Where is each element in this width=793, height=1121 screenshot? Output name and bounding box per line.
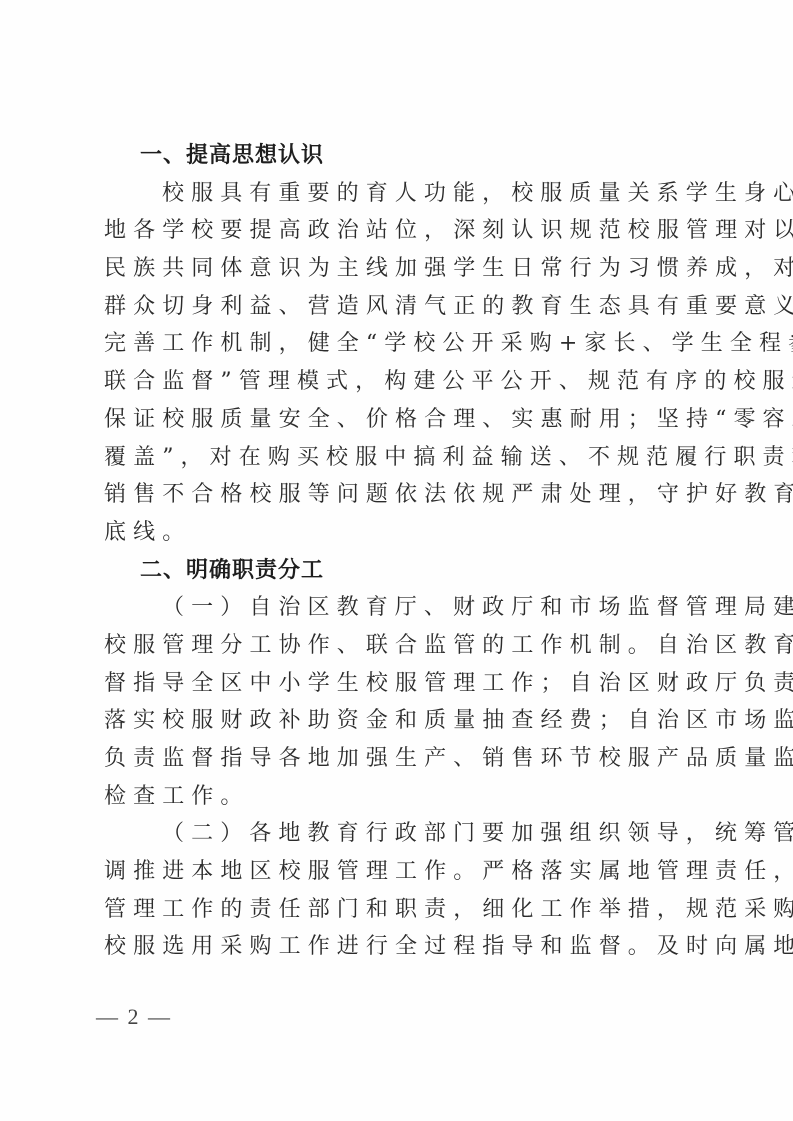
page-number: — 2 — — [96, 1004, 172, 1030]
paragraph-line: 销售不合格校服等问题依法依规严肃处理，守护好教育公平的 — [104, 476, 688, 514]
paragraph-line: 底线。 — [104, 514, 688, 552]
paragraph-line: 完善工作机制，健全“学校公开采购+家长、学生全程参与+部门 — [104, 325, 688, 363]
paragraph-line: 校服管理分工协作、联合监管的工作机制。自治区教育厅负责监 — [104, 627, 688, 665]
paragraph-line: 保证校服质量安全、价格合理、实惠耐用；坚持“零容忍”“全 — [104, 401, 688, 439]
paragraph-line: 联合监督”管理模式，构建公平公开、规范有序的校服选用秩序， — [104, 363, 688, 401]
section-heading-1: 一、提高思想认识 — [104, 137, 688, 175]
paragraph-line: 校服选用采购工作进行全过程指导和监督。及时向属地市场监管 — [104, 928, 688, 966]
paragraph-line: 督指导全区中小学生校服管理工作；自治区财政厅负责指导各地 — [104, 665, 688, 703]
paragraph-line: 管理工作的责任部门和职责，细化工作举措，规范采购流程，对 — [104, 891, 688, 929]
paragraph-line: 调推进本地区校服管理工作。严格落实属地管理责任，明确校服 — [104, 853, 688, 891]
paragraph-line: 校服具有重要的育人功能，校服质量关系学生身心健康。各 — [104, 175, 688, 213]
paragraph-line: （二）各地教育行政部门要加强组织领导，统筹管理、协 — [104, 815, 688, 853]
document-body: 一、提高思想认识 校服具有重要的育人功能，校服质量关系学生身心健康。各 地各学校… — [104, 137, 688, 966]
paragraph-line: 落实校服财政补助资金和质量抽查经费；自治区市场监督管理局 — [104, 702, 688, 740]
paragraph-line: 覆盖”，对在购买校服中搞利益输送、不规范履行职责和生产 — [104, 439, 688, 477]
paragraph-line: 地各学校要提高政治站位，深刻认识规范校服管理对以铸牢中华 — [104, 212, 688, 250]
section-heading-2: 二、明确职责分工 — [104, 552, 688, 590]
paragraph-line: 负责监督指导各地加强生产、销售环节校服产品质量监管和监督 — [104, 740, 688, 778]
paragraph-line: 群众切身利益、营造风清气正的教育生态具有重要意义，进一步 — [104, 288, 688, 326]
document-page: 一、提高思想认识 校服具有重要的育人功能，校服质量关系学生身心健康。各 地各学校… — [0, 0, 793, 1121]
paragraph-line: （一）自治区教育厅、财政厅和市场监督管理局建立自治区 — [104, 589, 688, 627]
paragraph-line: 民族共同体意识为主线加强学生日常行为习惯养成，对维护人民 — [104, 250, 688, 288]
paragraph-line: 检查工作。 — [104, 778, 688, 816]
